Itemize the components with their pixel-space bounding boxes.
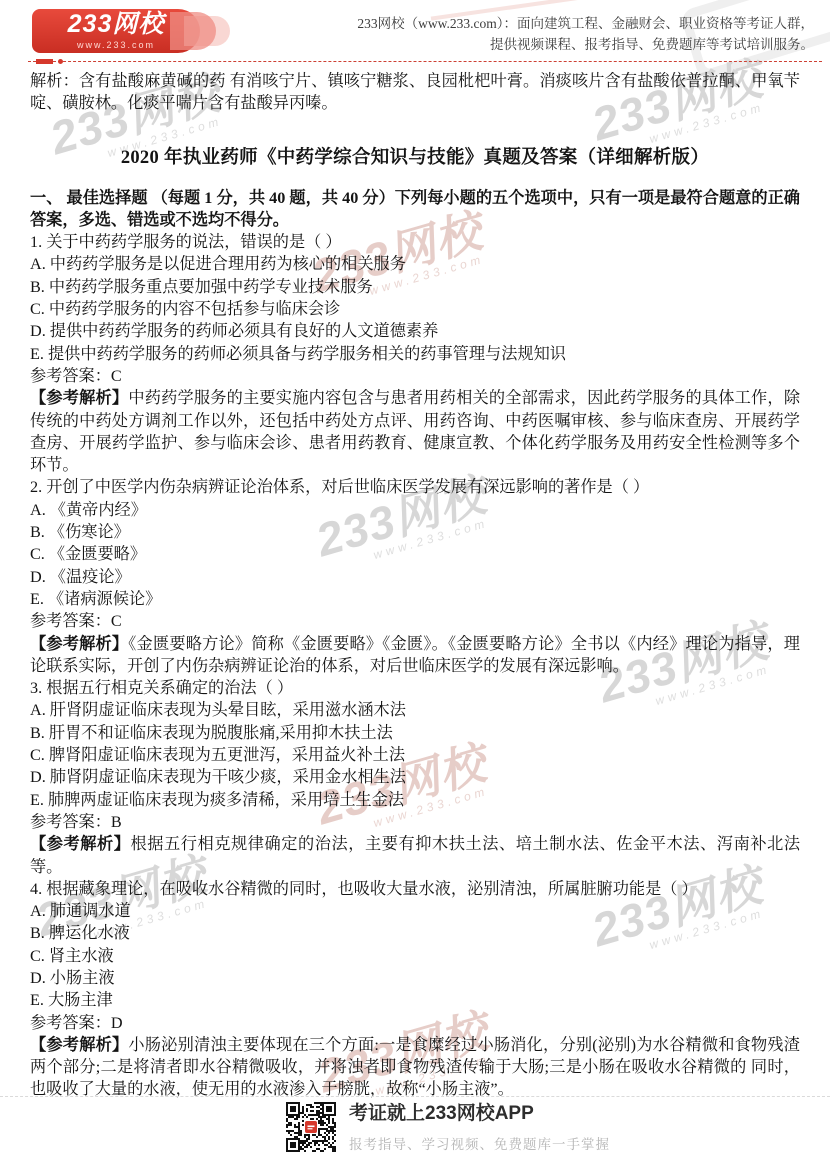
analysis-label: 【参考解析】 <box>30 1036 128 1054</box>
analysis-paragraph: 【参考解析】根据五行相克规律确定的治法，主要有抑木扶土法、培土制水法、佐金平木法… <box>30 833 800 878</box>
answer-line: 参考答案：C <box>30 610 800 632</box>
page-title: 2020 年执业药师《中药学综合知识与技能》真题及答案（详细解析版） <box>30 145 800 171</box>
question-stem: 2. 开创了中医学内伤杂病辨证论治体系，对后世临床医学发展有深远影响的著作是（ … <box>30 476 800 498</box>
question-option: E. 《诸病源候论》 <box>30 588 800 610</box>
question-option: E. 大肠主津 <box>30 989 800 1011</box>
question-option: B. 中药药学服务重点要加强中药学专业技术服务 <box>30 276 800 298</box>
question-option: D. 《温疫论》 <box>30 566 800 588</box>
brand-logo-text: 233网校 <box>68 12 165 37</box>
question-option: A. 肝肾阴虚证临床表现为头晕目眩，采用滋水涵木法 <box>30 699 800 721</box>
header-divider <box>28 61 822 62</box>
footer-app-promo: 考证就上233网校APP 报考指导、学习视频、免费题库一手掌握 <box>286 1102 610 1153</box>
app-qr-code-icon <box>286 1102 336 1152</box>
question-option: C. 《金匮要略》 <box>30 543 800 565</box>
question-stem: 4. 根据藏象理论，在吸收水谷精微的同时，也吸收大量水液，泌别清浊，所属脏腑功能… <box>30 878 800 900</box>
logo-underline-decoration <box>36 52 63 70</box>
question-option: E. 肺脾两虚证临床表现为痰多清稀，采用培土生金法 <box>30 789 800 811</box>
question-option: C. 中药药学服务的内容不包括参与临床会诊 <box>30 298 800 320</box>
question-block: 3. 根据五行相克关系确定的治法（ ）A. 肝肾阴虚证临床表现为头晕目眩，采用滋… <box>30 677 800 878</box>
analysis-label: 【参考解析】 <box>30 835 131 853</box>
analysis-text: 中药药学服务的主要实施内容包含与患者用药相关的全部需求，因此药学服务的具体工作，… <box>30 389 800 474</box>
question-option: A. 《黄帝内经》 <box>30 499 800 521</box>
analysis-text: 《金匮要略方论》简称《金匮要略》《金匮》。《金匮要略方论》全书以《内经》理论为指… <box>30 635 800 675</box>
question-option: C. 肾主水液 <box>30 945 800 967</box>
analysis-paragraph: 【参考解析】中药药学服务的主要实施内容包含与患者用药相关的全部需求，因此药学服务… <box>30 387 800 476</box>
header-tagline-line2: 提供视频课程、报考指导、免费题库等考试培训服务。 <box>357 34 814 55</box>
analysis-text: 小肠泌别清浊主要体现在三个方面:一是食糜经过小肠消化，分别(泌别)为水谷精微和食… <box>30 1036 800 1099</box>
question-option: D. 小肠主液 <box>30 967 800 989</box>
question-option: A. 中药药学服务是以促进合理用药为核心的相关服务 <box>30 253 800 275</box>
header-tagline-line1: 233网校（www.233.com）：面向建筑工程、金融财会、职业资格等考证人群… <box>357 13 814 34</box>
answer-line: 参考答案：C <box>30 365 800 387</box>
question-option: E. 提供中药药学服务的药师必须具备与药学服务相关的药事管理与法规知识 <box>30 343 800 365</box>
footer-app-title: 考证就上233网校APP <box>349 1103 610 1125</box>
question-block: 1. 关于中药药学服务的说法，错误的是（ ）A. 中药药学服务是以促进合理用药为… <box>30 231 800 476</box>
question-stem: 1. 关于中药药学服务的说法，错误的是（ ） <box>30 231 800 253</box>
brand-logo-domain: www.233.com <box>77 40 155 50</box>
intro-note: 解析：含有盐酸麻黄碱的药 有消咳宁片、镇咳宁糖浆、良园枇杷叶膏。消痰咳片含有盐酸… <box>30 70 800 115</box>
header-tagline: 233网校（www.233.com）：面向建筑工程、金融财会、职业资格等考证人群… <box>357 13 814 55</box>
question-option: D. 肺肾阴虚证临床表现为干咳少痰，采用金水相生法 <box>30 766 800 788</box>
question-option: B. 脾运化水液 <box>30 922 800 944</box>
question-option: D. 提供中药药学服务的药师必须具有良好的人文道德素养 <box>30 320 800 342</box>
analysis-label: 【参考解析】 <box>30 635 128 653</box>
question-stem: 3. 根据五行相克关系确定的治法（ ） <box>30 677 800 699</box>
analysis-paragraph: 【参考解析】小肠泌别清浊主要体现在三个方面:一是食糜经过小肠消化，分别(泌别)为… <box>30 1034 800 1101</box>
question-block: 2. 开创了中医学内伤杂病辨证论治体系，对后世临床医学发展有深远影响的著作是（ … <box>30 476 800 677</box>
question-option: A. 肺通调水道 <box>30 900 800 922</box>
question-option: C. 脾肾阳虚证临床表现为五更泄泻，采用益火补土法 <box>30 744 800 766</box>
question-option: B. 肝胃不和证临床表现为脱腹胀痛,采用抑木扶土法 <box>30 722 800 744</box>
footer-divider <box>0 1096 830 1097</box>
answer-line: 参考答案：D <box>30 1012 800 1034</box>
question-block: 4. 根据藏象理论，在吸收水谷精微的同时，也吸收大量水液，泌别清浊，所属脏腑功能… <box>30 878 800 1101</box>
brand-logo[interactable]: 233网校 www.233.com <box>32 9 200 53</box>
analysis-label: 【参考解析】 <box>30 389 128 407</box>
document-page: 233网校www.233.com 233网校www.233.com 233网校w… <box>0 0 830 1175</box>
answer-line: 参考答案：B <box>30 811 800 833</box>
analysis-paragraph: 【参考解析】《金匮要略方论》简称《金匮要略》《金匮》。《金匮要略方论》全书以《内… <box>30 633 800 678</box>
document-body: 解析：含有盐酸麻黄碱的药 有消咳宁片、镇咳宁糖浆、良园枇杷叶膏。消痰咳片含有盐酸… <box>30 70 800 1101</box>
question-option: B. 《伤寒论》 <box>30 521 800 543</box>
footer-app-subtitle: 报考指导、学习视频、免费题库一手掌握 <box>349 1133 610 1153</box>
questions: 1. 关于中药药学服务的说法，错误的是（ ）A. 中药药学服务是以促进合理用药为… <box>30 231 800 1101</box>
section-header: 一、 最佳选择题 （每题 1 分，共 40 题，共 40 分）下列每小题的五个选… <box>30 187 800 232</box>
analysis-text: 根据五行相克规律确定的治法，主要有抑木扶土法、培土制水法、佐金平木法、泻南补北法… <box>30 835 800 875</box>
